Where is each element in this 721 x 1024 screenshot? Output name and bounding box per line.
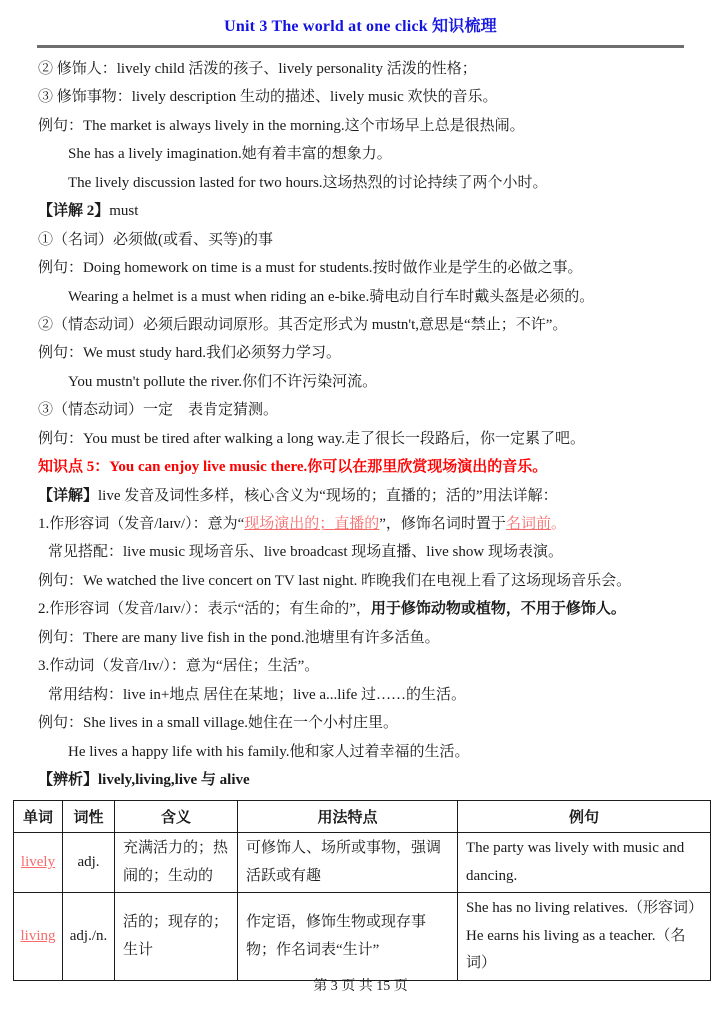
text-line: 例句：She lives in a small village.她住在一个小村庄… xyxy=(0,709,721,737)
word-text: living xyxy=(20,928,55,944)
text-segment: ③ 修饰事物：lively description 生动的描述、lively m… xyxy=(38,89,498,105)
table-header-cell: 例句 xyxy=(458,801,711,833)
text-segment: He lives a happy life with his family.他和… xyxy=(68,744,469,760)
part-of-speech-cell: adj. xyxy=(63,833,115,893)
text-segment: 例句：Doing homework on time is a must for … xyxy=(38,260,583,276)
text-segment: You mustn't pollute the river.你们不许污染河流。 xyxy=(68,374,377,390)
word-cell: lively xyxy=(14,833,63,893)
text-line: 【详解 2】must xyxy=(0,197,721,225)
text-segment: 【辨析】lively,living,live 与 alive xyxy=(38,772,250,788)
text-segment: live 发音及词性多样，核心含义为“现场的；直播的；活的”用法详解： xyxy=(98,488,558,504)
text-segment: 知识点 5：You can enjoy live music there.你可以… xyxy=(38,459,547,475)
text-segment: 例句：She lives in a small village.她住在一个小村庄… xyxy=(38,715,398,731)
text-segment: 。 xyxy=(551,516,566,532)
text-segment: 【详解】 xyxy=(38,488,98,504)
text-line: 【详解】live 发音及词性多样，核心含义为“现场的；直播的；活的”用法详解： xyxy=(0,482,721,510)
text-segment: 3.作动词（发音/lɪv/）：意为“居住；生活”。 xyxy=(38,658,319,674)
content-lines: ② 修饰人：lively child 活泼的孩子、lively personal… xyxy=(0,55,721,794)
text-line: 例句：Doing homework on time is a must for … xyxy=(0,254,721,282)
text-segment: 2.作形容词（发音/laɪv/）：表示“活的；有生命的”， xyxy=(38,601,371,617)
text-line: 【辨析】lively,living,live 与 alive xyxy=(0,766,721,794)
text-segment: ② 修饰人：lively child 活泼的孩子、lively personal… xyxy=(38,61,477,77)
text-segment: 例句：You must be tired after walking a lon… xyxy=(38,431,585,447)
table-row: livelyadj.充满活力的；热闹的；生动的可修饰人、场所或事物，强调活跃或有… xyxy=(14,833,711,893)
usage-cell: 作定语，修饰生物或现存事物；作名词表“生计” xyxy=(238,893,458,981)
text-segment: 【详解 2】 xyxy=(38,203,109,219)
text-line: The lively discussion lasted for two hou… xyxy=(0,169,721,197)
text-segment: 例句：We watched the live concert on TV las… xyxy=(38,573,631,589)
text-segment: 用于修饰动物或植物，不用于修饰人。 xyxy=(371,601,626,617)
text-line: ②（情态动词）必须后跟动词原形。其否定形式为 mustn't,意思是“禁止；不许… xyxy=(0,311,721,339)
text-line: 例句：We must study hard.我们必须努力学习。 xyxy=(0,339,721,367)
text-segment: 例句：The market is always lively in the mo… xyxy=(38,118,525,134)
table-row: livingadj./n.活的；现存的；生计作定语，修饰生物或现存事物；作名词表… xyxy=(14,893,711,981)
text-line: She has a lively imagination.她有着丰富的想象力。 xyxy=(0,140,721,168)
page-number: 第 3 页 共 15 页 xyxy=(313,979,408,994)
text-line: 1.作形容词（发音/laɪv/）：意为“现场演出的；直播的”，修饰名词时置于名词… xyxy=(0,510,721,538)
page-title: Unit 3 The world at one click 知识梳理 xyxy=(0,0,721,36)
text-segment: The lively discussion lasted for two hou… xyxy=(68,175,548,191)
table-header-cell: 用法特点 xyxy=(238,801,458,833)
text-line: 例句：We watched the live concert on TV las… xyxy=(0,567,721,595)
text-segment: ①（名词）必须做(或看、买等)的事 xyxy=(38,232,273,248)
example-cell: She has no living relatives.（形容词）He earn… xyxy=(458,893,711,981)
example-sentence: He earns his living as a teacher.（名词） xyxy=(466,923,705,978)
text-segment: ③（情态动词）一定 表肯定猜测。 xyxy=(38,402,278,418)
meaning-cell: 活的；现存的；生计 xyxy=(115,893,238,981)
word-cell: living xyxy=(14,893,63,981)
text-segment: 现场演出的；直播的 xyxy=(244,516,379,532)
text-line: 例句：You must be tired after walking a lon… xyxy=(0,425,721,453)
text-segment: 名词前 xyxy=(506,516,551,532)
title-divider xyxy=(37,45,684,48)
text-segment: 常见搭配：live music 现场音乐、live broadcast 现场直播… xyxy=(48,544,563,560)
example-sentence: She has no living relatives.（形容词） xyxy=(466,895,705,923)
text-segment: ”，修饰名词时置于 xyxy=(379,516,506,532)
meaning-cell: 充满活力的；热闹的；生动的 xyxy=(115,833,238,893)
text-line: 知识点 5：You can enjoy live music there.你可以… xyxy=(0,453,721,481)
text-line: You mustn't pollute the river.你们不许污染河流。 xyxy=(0,368,721,396)
usage-cell: 可修饰人、场所或事物，强调活跃或有趣 xyxy=(238,833,458,893)
part-of-speech-cell: adj./n. xyxy=(63,893,115,981)
document-page: Unit 3 The world at one click 知识梳理 ② 修饰人… xyxy=(0,0,721,1024)
table-header-row: 单词词性含义用法特点例句 xyxy=(14,801,711,833)
text-line: ③（情态动词）一定 表肯定猜测。 xyxy=(0,396,721,424)
text-line: He lives a happy life with his family.他和… xyxy=(0,738,721,766)
table-header-cell: 词性 xyxy=(63,801,115,833)
word-text: lively xyxy=(21,854,55,870)
text-line: ③ 修饰事物：lively description 生动的描述、lively m… xyxy=(0,83,721,111)
text-line: 3.作动词（发音/lɪv/）：意为“居住；生活”。 xyxy=(0,652,721,680)
table-header-cell: 含义 xyxy=(115,801,238,833)
text-line: 例句：The market is always lively in the mo… xyxy=(0,112,721,140)
text-segment: must xyxy=(109,203,138,219)
text-segment: 常用结构：live in+地点 居住在某地；live a...life 过……的… xyxy=(48,687,466,703)
text-segment: 例句：We must study hard.我们必须努力学习。 xyxy=(38,345,341,361)
text-line: 2.作形容词（发音/laɪv/）：表示“活的；有生命的”，用于修饰动物或植物，不… xyxy=(0,595,721,623)
text-line: 例句：There are many live fish in the pond.… xyxy=(0,624,721,652)
table-header-cell: 单词 xyxy=(14,801,63,833)
text-line: 常用结构：live in+地点 居住在某地；live a...life 过……的… xyxy=(0,681,721,709)
vocab-comparison-table: 单词词性含义用法特点例句 livelyadj.充满活力的；热闹的；生动的可修饰人… xyxy=(13,800,711,981)
text-segment: She has a lively imagination.她有着丰富的想象力。 xyxy=(68,146,392,162)
text-segment: ②（情态动词）必须后跟动词原形。其否定形式为 mustn't,意思是“禁止；不许… xyxy=(38,317,567,333)
text-line: ② 修饰人：lively child 活泼的孩子、lively personal… xyxy=(0,55,721,83)
text-segment: 例句：There are many live fish in the pond.… xyxy=(38,630,440,646)
text-line: ①（名词）必须做(或看、买等)的事 xyxy=(0,226,721,254)
text-line: 常见搭配：live music 现场音乐、live broadcast 现场直播… xyxy=(0,538,721,566)
page-footer: 第 3 页 共 15 页 xyxy=(0,975,721,995)
text-segment: Wearing a helmet is a must when riding a… xyxy=(68,289,594,305)
text-line: Wearing a helmet is a must when riding a… xyxy=(0,283,721,311)
example-sentence: The party was lively with music and danc… xyxy=(466,835,705,890)
example-cell: The party was lively with music and danc… xyxy=(458,833,711,893)
text-segment: 1.作形容词（发音/laɪv/）：意为“ xyxy=(38,516,244,532)
